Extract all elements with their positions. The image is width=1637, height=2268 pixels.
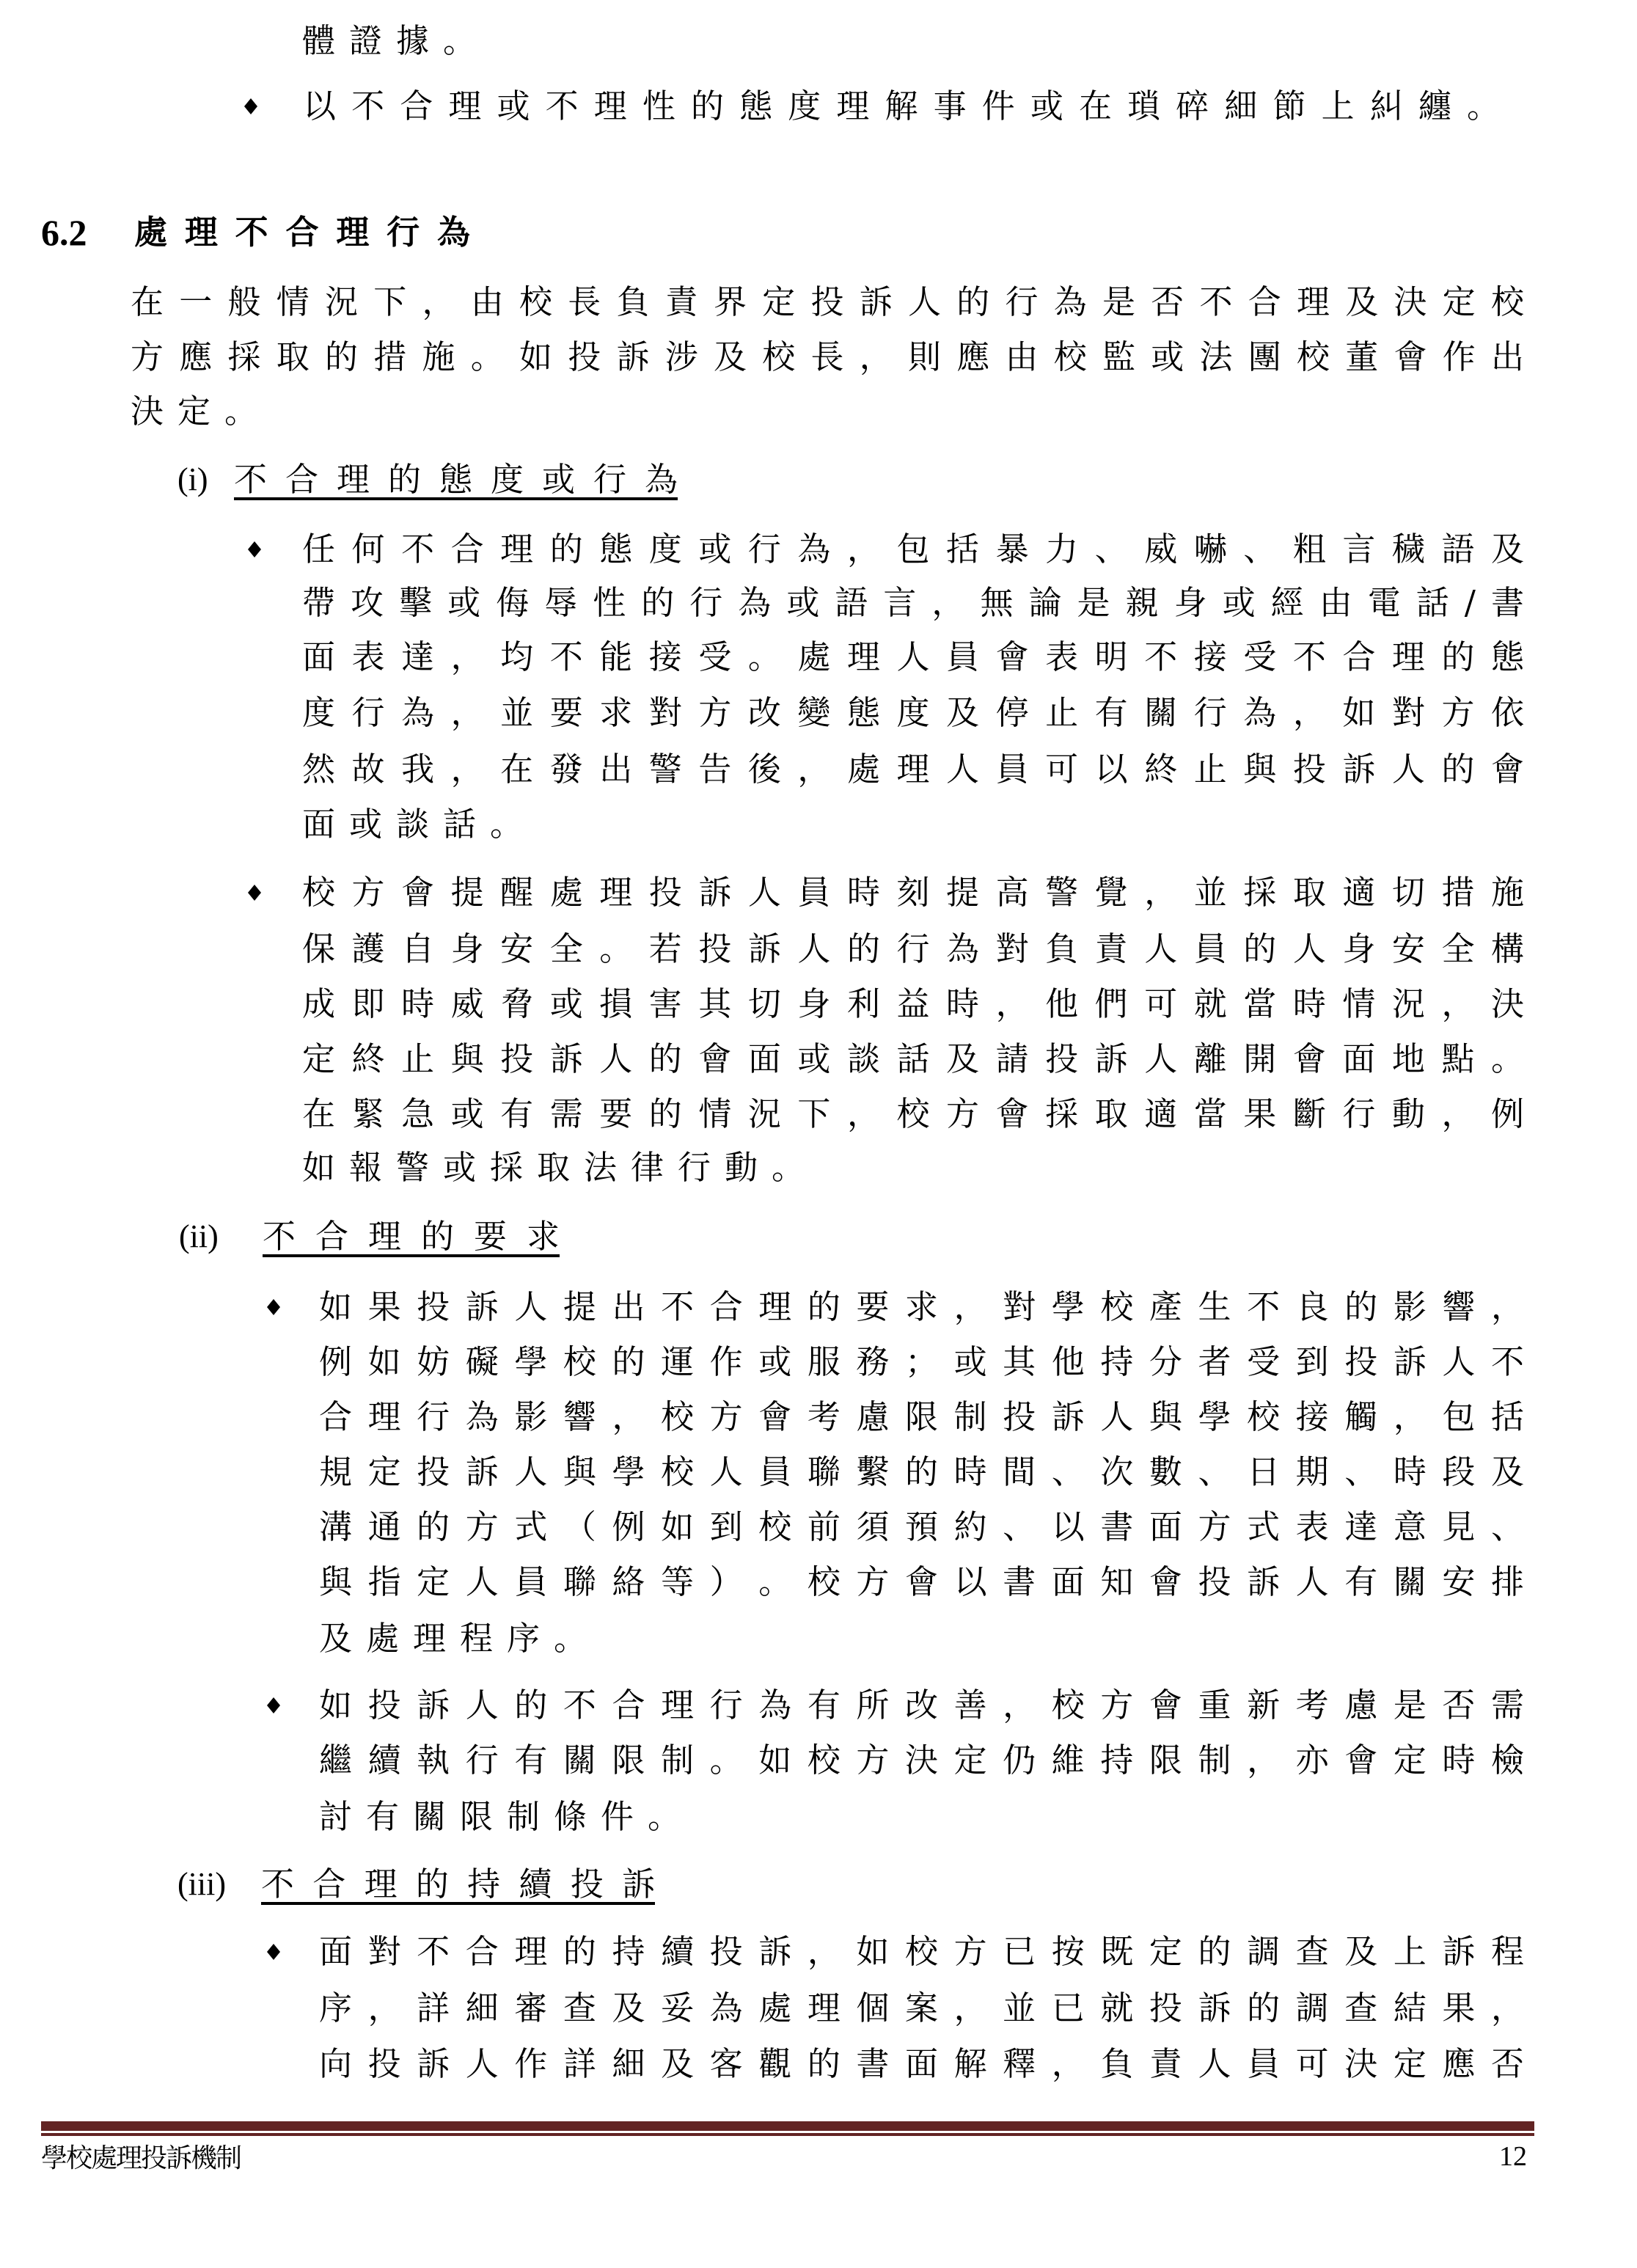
subsection-title-underline <box>263 1254 560 1257</box>
intro-line: 方​應​採​取​的​措​施​。​如​投​訴​涉​及​校​長​，​則​應​由​校​… <box>131 335 1524 379</box>
bullet-line: 向​投​訴​人​作​詳​細​及​客​觀​的​書​面​解​釋​，​負​責​人​員​… <box>319 2042 1524 2086</box>
bullet-line: 校​方​會​提​醒​處​理​投​訴​人​員​時​刻​提​高​警​覺​，​並​採​… <box>302 871 1524 915</box>
bullet-line: 如報警或採取法律行動。 <box>302 1146 819 1190</box>
bullet-line: 例​如​妨​礙​學​校​的​運​作​或​服​務​；​或​其​他​持​分​者​受​… <box>319 1340 1524 1384</box>
footer-rule-thin <box>41 2133 1534 2136</box>
bullet-line: 合​理​行​為​影​響​，​校​方​會​考​慮​限​制​投​訴​人​與​學​校​… <box>319 1395 1524 1439</box>
black-diamond-icon <box>267 1299 280 1312</box>
bullet-line: 如​投​訴​人​的​不​合​理​行​為​有​所​改​善​，​校​方​會​重​新​… <box>319 1683 1524 1727</box>
bullet-line: 在​緊​急​或​有​需​要​的​情​況​下​，​校​方​會​採​取​適​當​果​… <box>302 1092 1524 1136</box>
subsection-label: (i) <box>177 458 208 502</box>
bullet-line: 如​果​投​訴​人​提​出​不​合​理​的​要​求​，​對​學​校​產​生​不​… <box>319 1285 1524 1329</box>
bullet-line: 討有關限制條件。 <box>319 1795 695 1839</box>
subsection-title-underline <box>261 1902 655 1905</box>
black-diamond-icon <box>267 1697 280 1711</box>
subsection-title: 不​合​理​的​要​求 <box>263 1215 560 1259</box>
black-diamond-icon <box>244 98 257 111</box>
black-diamond-icon <box>248 885 261 898</box>
section-number: 6.2 <box>41 211 87 255</box>
footer-rule-thick <box>41 2121 1534 2131</box>
bullet-line: 序​，​詳​細​審​查​及​妥​為​處​理​個​案​，​並​已​就​投​訴​的​… <box>319 1986 1524 2030</box>
intro-line: 決定。 <box>131 389 271 434</box>
subsection-label: (ii) <box>179 1215 219 1259</box>
bullet-line: 及處理程序。 <box>319 1617 601 1661</box>
bullet-line: 帶​攻​擊​或​侮​辱​性​的​行​為​或​語​言​，​無​論​是​親​身​或​… <box>302 581 1524 625</box>
bullet-line: 度​行​為​，​並​要​求​對​方​改​變​態​度​及​停​止​有​關​行​為​… <box>302 691 1524 735</box>
bullet-line: 保​護​自​身​安​全​。​若​投​訴​人​的​行​為​對​負​責​人​員​的​… <box>302 927 1524 971</box>
intro-line: 在​一​般​情​況​下​，​由​校​長​負​責​界​定​投​訴​人​的​行​為​… <box>131 280 1524 324</box>
black-diamond-icon <box>248 541 261 555</box>
bullet-line: 面​表​達​，​均​不​能​接​受​。​處​理​人​員​會​表​明​不​接​受​… <box>302 635 1524 679</box>
subsection-title: 不​合​理​的​態​度​或​行​為 <box>234 458 678 502</box>
carryover-bullet-line: 以​不​合​理​或​不​理​性​的​態​度​理​解​事​件​或​在​瑣​碎​細​… <box>303 84 1500 128</box>
page-number: 12 <box>1499 2140 1527 2173</box>
subsection-label: (iii) <box>177 1862 226 1906</box>
bullet-line: 溝​通​的​方​式​（​例​如​到​校​前​須​預​約​、​以​書​面​方​式​… <box>319 1505 1524 1549</box>
section-title: 處​理​不​合​理​行​為 <box>134 211 470 255</box>
bullet-line: 與​指​定​人​員​聯​絡​等​）​。​校​方​會​以​書​面​知​會​投​訴​… <box>319 1560 1524 1604</box>
bullet-line: 面​對​不​合​理​的​持​續​投​訴​，​如​校​方​已​按​既​定​的​調​… <box>319 1930 1524 1974</box>
carryover-tail-line: 體證據。 <box>302 19 490 63</box>
subsection-title: 不​合​理​的​持​續​投​訴 <box>261 1862 655 1906</box>
bullet-line: 規​定​投​訴​人​與​學​校​人​員​聯​繫​的​時​間​、​次​數​、​日​… <box>319 1450 1524 1494</box>
bullet-line: 然​故​我​，​在​發​出​警​告​後​，​處​理​人​員​可​以​終​止​與​… <box>302 747 1524 791</box>
black-diamond-icon <box>267 1944 280 1957</box>
subsection-title-underline <box>234 497 678 500</box>
bullet-line: 面或談話。 <box>302 802 537 846</box>
bullet-line: 任​何​不​合​理​的​態​度​或​行​為​，​包​括​暴​力​、​威​嚇​、​… <box>302 527 1524 571</box>
bullet-line: 成​即​時​威​脅​或​損​害​其​切​身​利​益​時​，​他​們​可​就​當​… <box>302 982 1524 1026</box>
bullet-line: 繼​續​執​行​有​關​限​制​。​如​校​方​決​定​仍​維​持​限​制​，​… <box>319 1738 1524 1782</box>
bullet-line: 定​終​止​與​投​訴​人​的​會​面​或​談​話​及​請​投​訴​人​離​開​… <box>302 1037 1524 1081</box>
footer-document-title: 學校處理投訴機制 <box>41 2143 241 2175</box>
